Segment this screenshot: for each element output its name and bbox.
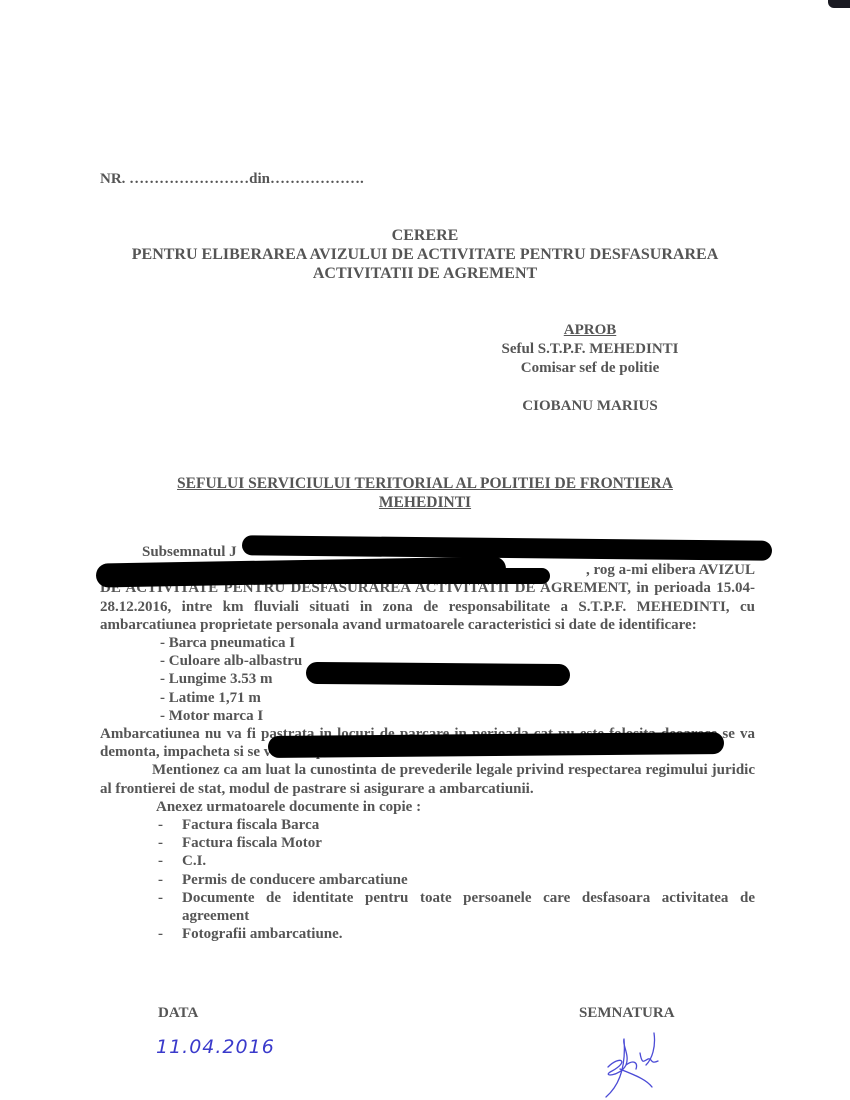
signature-label: SEMNATURA [579,1005,675,1022]
annex-item: Documente de identitate pentru toate per… [100,889,755,925]
body-line-2-end: , rog a-mi elibera AVIZUL [586,562,755,578]
spec-item: - Motor marca I [100,707,755,725]
addressee-line-2: MEHEDINTI [0,493,850,512]
approval-rank: Comisar sef de politie [460,359,720,378]
registration-number-line: NR. ……………………din………………. [100,171,364,188]
spec-item: - Barca pneumatica I [100,634,755,652]
annex-list: Factura fiscala Barca Factura fiscala Mo… [100,816,755,943]
approval-block: APROB Seful S.T.P.F. MEHEDINTI Comisar s… [460,321,720,416]
redaction-mark [250,568,550,584]
acknowledgement: Mentionez ca am luat la cunostinta de pr… [100,761,755,797]
annex-item: Factura fiscala Motor [100,834,755,852]
addressee: SEFULUI SERVICIULUI TERITORIAL AL POLITI… [0,474,850,512]
approval-name: CIOBANU MARIUS [460,397,720,416]
annex-item: C.I. [100,852,755,870]
body-line-1-start: Subsemnatul J [142,544,237,560]
document-title: CERERE PENTRU ELIBERAREA AVIZULUI DE ACT… [0,226,850,283]
redaction-mark [268,732,724,758]
redaction-mark [306,662,570,686]
body-paragraph: DE ACTIVITATE PENTRU DESFASURAREA ACTIVI… [100,579,755,634]
approval-role: Seful S.T.P.F. MEHEDINTI [460,340,720,359]
handwritten-date: 11.04.2016 [156,1036,275,1058]
annex-item: Fotografii ambarcatiune. [100,925,755,943]
title-line-2: PENTRU ELIBERAREA AVIZULUI DE ACTIVITATE… [0,245,850,264]
spec-item: - Latime 1,71 m [100,689,755,707]
title-line-3: ACTIVITATII DE AGREMENT [0,264,850,283]
annex-intro: Anexez urmatoarele documente in copie : [100,798,755,816]
date-label: DATA [158,1005,198,1022]
signature-icon [590,1025,680,1100]
annex-item: Factura fiscala Barca [100,816,755,834]
scan-corner-artifact [828,0,850,8]
annex-item: Permis de conducere ambarcatiune [100,871,755,889]
title-line-1: CERERE [0,226,850,245]
addressee-line-1: SEFULUI SERVICIULUI TERITORIAL AL POLITI… [0,474,850,493]
approval-heading: APROB [460,321,720,340]
